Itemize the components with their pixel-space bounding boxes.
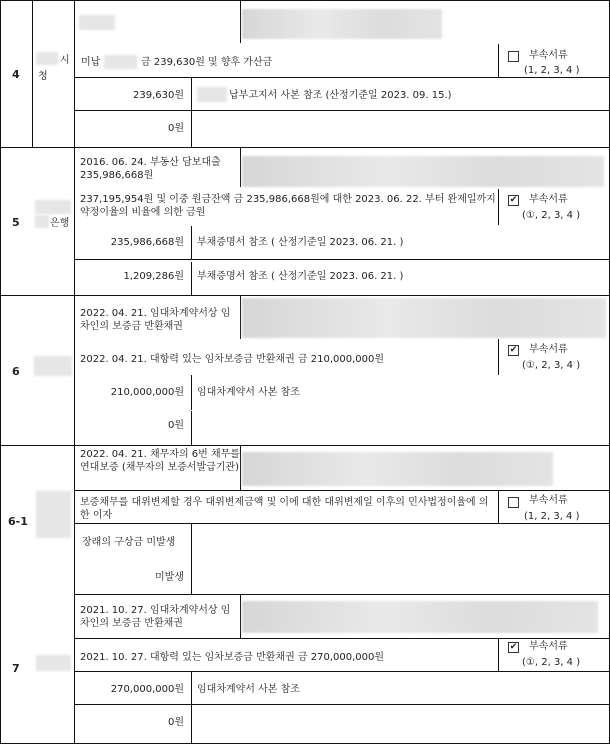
row-number: 6-1 xyxy=(8,515,28,528)
cell-divider xyxy=(240,594,241,638)
cell-divider xyxy=(240,446,241,490)
row-number: 6 xyxy=(12,365,20,378)
row-separator xyxy=(74,594,610,595)
claim-text: 2022. 04. 21. 대항력 있는 임차보증금 반환채권 금 210,00… xyxy=(80,353,384,366)
col-divider-no xyxy=(32,0,33,147)
row-separator xyxy=(0,445,610,446)
attachment-options: (1, 2, 3, 4 ) xyxy=(524,64,580,77)
evidence-text: 부채증명서 참조 ( 산정기준일 2023. 06. 21. ) xyxy=(197,270,403,283)
redacted-claim-holder xyxy=(242,9,442,39)
cell-divider xyxy=(498,638,499,671)
attachment-checkbox[interactable]: ✔ xyxy=(508,642,519,653)
attachment-options: (①, 2, 3, 4 ) xyxy=(522,209,580,222)
cell-divider xyxy=(74,77,610,78)
cell-divider xyxy=(498,189,499,225)
redacted-claim-holder xyxy=(242,298,606,338)
claim-text: 보증채무를 대위변제할 경우 대위변제금액 및 이에 대한 대위변제일 이후의 … xyxy=(80,496,498,522)
col-divider-main xyxy=(74,0,75,744)
redacted-creditor-name xyxy=(36,491,71,538)
attachment-options: (①, 2, 3, 4 ) xyxy=(522,359,580,372)
amount-interest: 미발생 xyxy=(80,571,184,584)
check-icon: ✔ xyxy=(510,642,518,652)
redacted-cause xyxy=(79,15,115,30)
amount-principal: 장래의 구상금 미발생 xyxy=(82,536,175,549)
cell-divider xyxy=(191,226,192,259)
creditor-suffix: 시 xyxy=(60,54,70,67)
evidence-text: 부채증명서 참조 ( 산정기준일 2023. 06. 21. ) xyxy=(197,236,403,249)
cell-divider xyxy=(191,77,192,147)
claim-text: 237,195,954원 및 이중 원금잔액 금 235,986,668원에 대… xyxy=(80,193,498,219)
redacted-creditor-name xyxy=(36,655,71,671)
creditor-suffix: 은행 xyxy=(50,217,69,230)
evidence-text: 임대차계약서 사본 참조 xyxy=(197,683,300,696)
attachment-checkbox[interactable] xyxy=(508,497,519,508)
row-separator xyxy=(0,295,610,296)
amount-principal: 239,630원 xyxy=(80,89,184,102)
redacted-creditor-name-2 xyxy=(35,215,49,228)
amount-interest: 0원 xyxy=(80,122,184,135)
redacted-evidence xyxy=(197,87,227,102)
row-number: 7 xyxy=(12,662,20,675)
cell-divider xyxy=(191,671,192,744)
cell-divider xyxy=(74,638,610,639)
claim-text: 2021. 10. 27. 대항력 있는 임차보증금 반환채권 금 270,00… xyxy=(80,651,384,664)
evidence-text: 임대차계약서 사본 참조 xyxy=(197,386,300,399)
attachment-label: 부속서류 xyxy=(529,494,568,507)
row-separator xyxy=(0,147,610,148)
amount-principal: 210,000,000원 xyxy=(80,386,184,399)
redacted-creditor-name xyxy=(34,356,72,376)
amount-interest: 1,209,286원 xyxy=(80,270,184,283)
amount-principal: 235,986,668원 xyxy=(80,236,184,249)
claim-cause: 2022. 04. 21. 임대차계약서상 임차인의 보증금 반환채권 xyxy=(80,307,240,333)
redacted-creditor-name xyxy=(36,52,58,65)
cell-divider xyxy=(74,704,610,705)
cell-divider xyxy=(74,110,610,111)
attachment-label: 부속서류 xyxy=(529,193,568,206)
attachment-checkbox[interactable] xyxy=(508,51,519,62)
claim-cause: 2016. 06. 24. 부동산 담보대출 235,986,668원 xyxy=(80,156,240,182)
evidence-text: 납부고지서 사본 참조 (산정기준일 2023. 09. 15.) xyxy=(229,89,452,102)
cell-divider xyxy=(191,375,192,410)
cell-divider xyxy=(74,671,610,672)
creditor-suffix-2: 청 xyxy=(38,70,48,83)
row-number: 4 xyxy=(12,68,20,81)
attachment-checkbox[interactable]: ✔ xyxy=(508,345,519,356)
check-icon: ✔ xyxy=(510,345,518,355)
claim-prefix: 미납 xyxy=(81,56,100,69)
claim-cause: 2021. 10. 27. 임대차계약서상 임차인의 보증금 반환채권 xyxy=(80,604,240,630)
cell-divider xyxy=(191,262,192,295)
cell-divider xyxy=(498,339,499,375)
cell-divider xyxy=(74,259,610,260)
attachment-options: (1, 2, 3, 4 ) xyxy=(524,510,580,523)
amount-principal: 270,000,000원 xyxy=(80,683,184,696)
cell-divider xyxy=(74,523,610,524)
cell-divider xyxy=(240,0,241,43)
row-number: 5 xyxy=(12,216,20,229)
attachment-checkbox[interactable]: ✔ xyxy=(508,195,519,206)
amount-interest: 0원 xyxy=(80,716,184,729)
attachment-label: 부속서류 xyxy=(529,49,568,62)
claim-cause: 2022. 04. 21. 채무자의 6번 채무를 연대보증 (채무자의 보증서… xyxy=(80,448,240,474)
cell-divider xyxy=(191,411,192,445)
cell-divider xyxy=(498,490,499,523)
cell-divider xyxy=(74,490,610,491)
redacted-claim-holder xyxy=(242,601,598,633)
redacted-claim-holder xyxy=(242,156,604,187)
attachment-options: (①, 2, 3, 4 ) xyxy=(522,656,580,669)
redacted-claim-holder xyxy=(242,452,553,486)
amount-interest: 0원 xyxy=(80,419,184,432)
redacted-claim-item xyxy=(104,55,137,69)
cell-divider xyxy=(191,523,192,594)
cell-divider xyxy=(498,44,499,77)
attachment-label: 부속서류 xyxy=(529,343,568,356)
attachment-label: 부속서류 xyxy=(529,640,568,653)
check-icon: ✔ xyxy=(510,195,518,205)
redacted-creditor-name xyxy=(35,200,71,214)
cell-divider xyxy=(240,296,241,339)
cell-divider xyxy=(240,148,241,187)
claim-text: 금 239,630원 및 향후 가산금 xyxy=(141,56,272,69)
